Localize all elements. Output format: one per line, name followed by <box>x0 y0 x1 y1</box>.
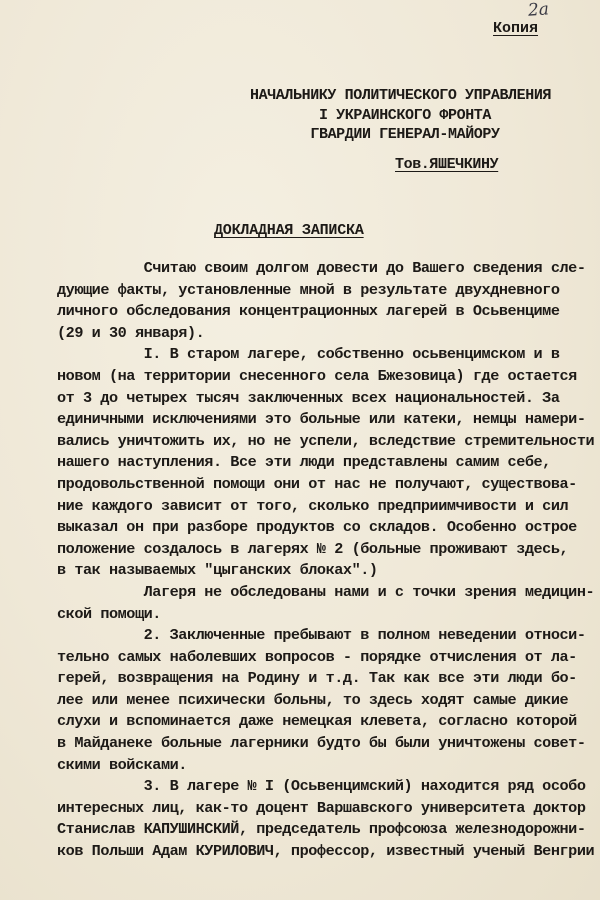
text-line: Лагеря не обследованы нами и с точки зре… <box>57 582 600 604</box>
text-line: герей, возвращения на Родину и т.д. Так … <box>57 668 600 690</box>
addressee-name: Тов.ЯШЕЧКИНУ <box>240 155 570 175</box>
text-line: лее или менее психически больны, то здес… <box>57 690 600 712</box>
addressee-block: НАЧАЛЬНИКУ ПОЛИТИЧЕСКОГО УПРАВЛЕНИЯ I УК… <box>240 86 570 174</box>
document-page: 2а Копия НАЧАЛЬНИКУ ПОЛИТИЧЕСКОГО УПРАВЛ… <box>0 0 600 900</box>
text-line: выказал он при разборе продуктов со скла… <box>57 517 600 539</box>
document-title: ДОКЛАДНАЯ ЗАПИСКА <box>214 222 364 239</box>
text-line: положение создалось в лагерях № 2 (больн… <box>57 539 600 561</box>
addressee-line: I УКРАИНСКОГО ФРОНТА <box>240 106 570 126</box>
text-line: ков Польши Адам КУРИЛОВИЧ, профессор, из… <box>57 841 600 863</box>
addressee-line: НАЧАЛЬНИКУ ПОЛИТИЧЕСКОГО УПРАВЛЕНИЯ <box>240 86 570 106</box>
text-line: 2. Заключенные пребывают в полном неведе… <box>57 625 600 647</box>
text-line: 3. В лагере № I (Осьвенцимский) находитс… <box>57 776 600 798</box>
text-line: интересных лиц, как-то доцент Варшавског… <box>57 798 600 820</box>
addressee-line: ГВАРДИИ ГЕНЕРАЛ-МАЙОРУ <box>240 125 570 145</box>
text-line: Считаю своим долгом довести до Вашего св… <box>57 258 600 280</box>
text-line: личного обследования концентрационных ла… <box>57 301 600 323</box>
text-line: в Майданеке больные лагерники будто бы б… <box>57 733 600 755</box>
text-line: скими войсками. <box>57 755 600 777</box>
text-line: от 3 до четырех тысяч заключенных всех н… <box>57 388 600 410</box>
text-line: вались уничтожить их, но не успели, всле… <box>57 431 600 453</box>
text-line: ской помощи. <box>57 604 600 626</box>
text-line: тельно самых наболевших вопросов - поряд… <box>57 647 600 669</box>
text-line: нашего наступления. Все эти люди предста… <box>57 452 600 474</box>
text-line: единичными исключениями это больные или … <box>57 409 600 431</box>
copy-mark: Копия <box>493 20 538 37</box>
text-line: ние каждого зависит от того, сколько пре… <box>57 496 600 518</box>
text-line: I. В старом лагере, собственно осьвенцим… <box>57 344 600 366</box>
text-line: новом (на территории снесенного села Бже… <box>57 366 600 388</box>
handwritten-page-number: 2а <box>527 0 549 21</box>
text-line: (29 и 30 января). <box>57 323 600 345</box>
text-line: слухи и вспоминается даже немецкая клеве… <box>57 711 600 733</box>
text-line: в так называемых "цыганских блоках".) <box>57 560 600 582</box>
document-body: Считаю своим долгом довести до Вашего св… <box>57 258 600 863</box>
text-line: дующие факты, установленные мной в резул… <box>57 280 600 302</box>
text-line: продовольственной помощи они от нас не п… <box>57 474 600 496</box>
text-line: Станислав КАПУШИНСКИЙ, председатель проф… <box>57 819 600 841</box>
